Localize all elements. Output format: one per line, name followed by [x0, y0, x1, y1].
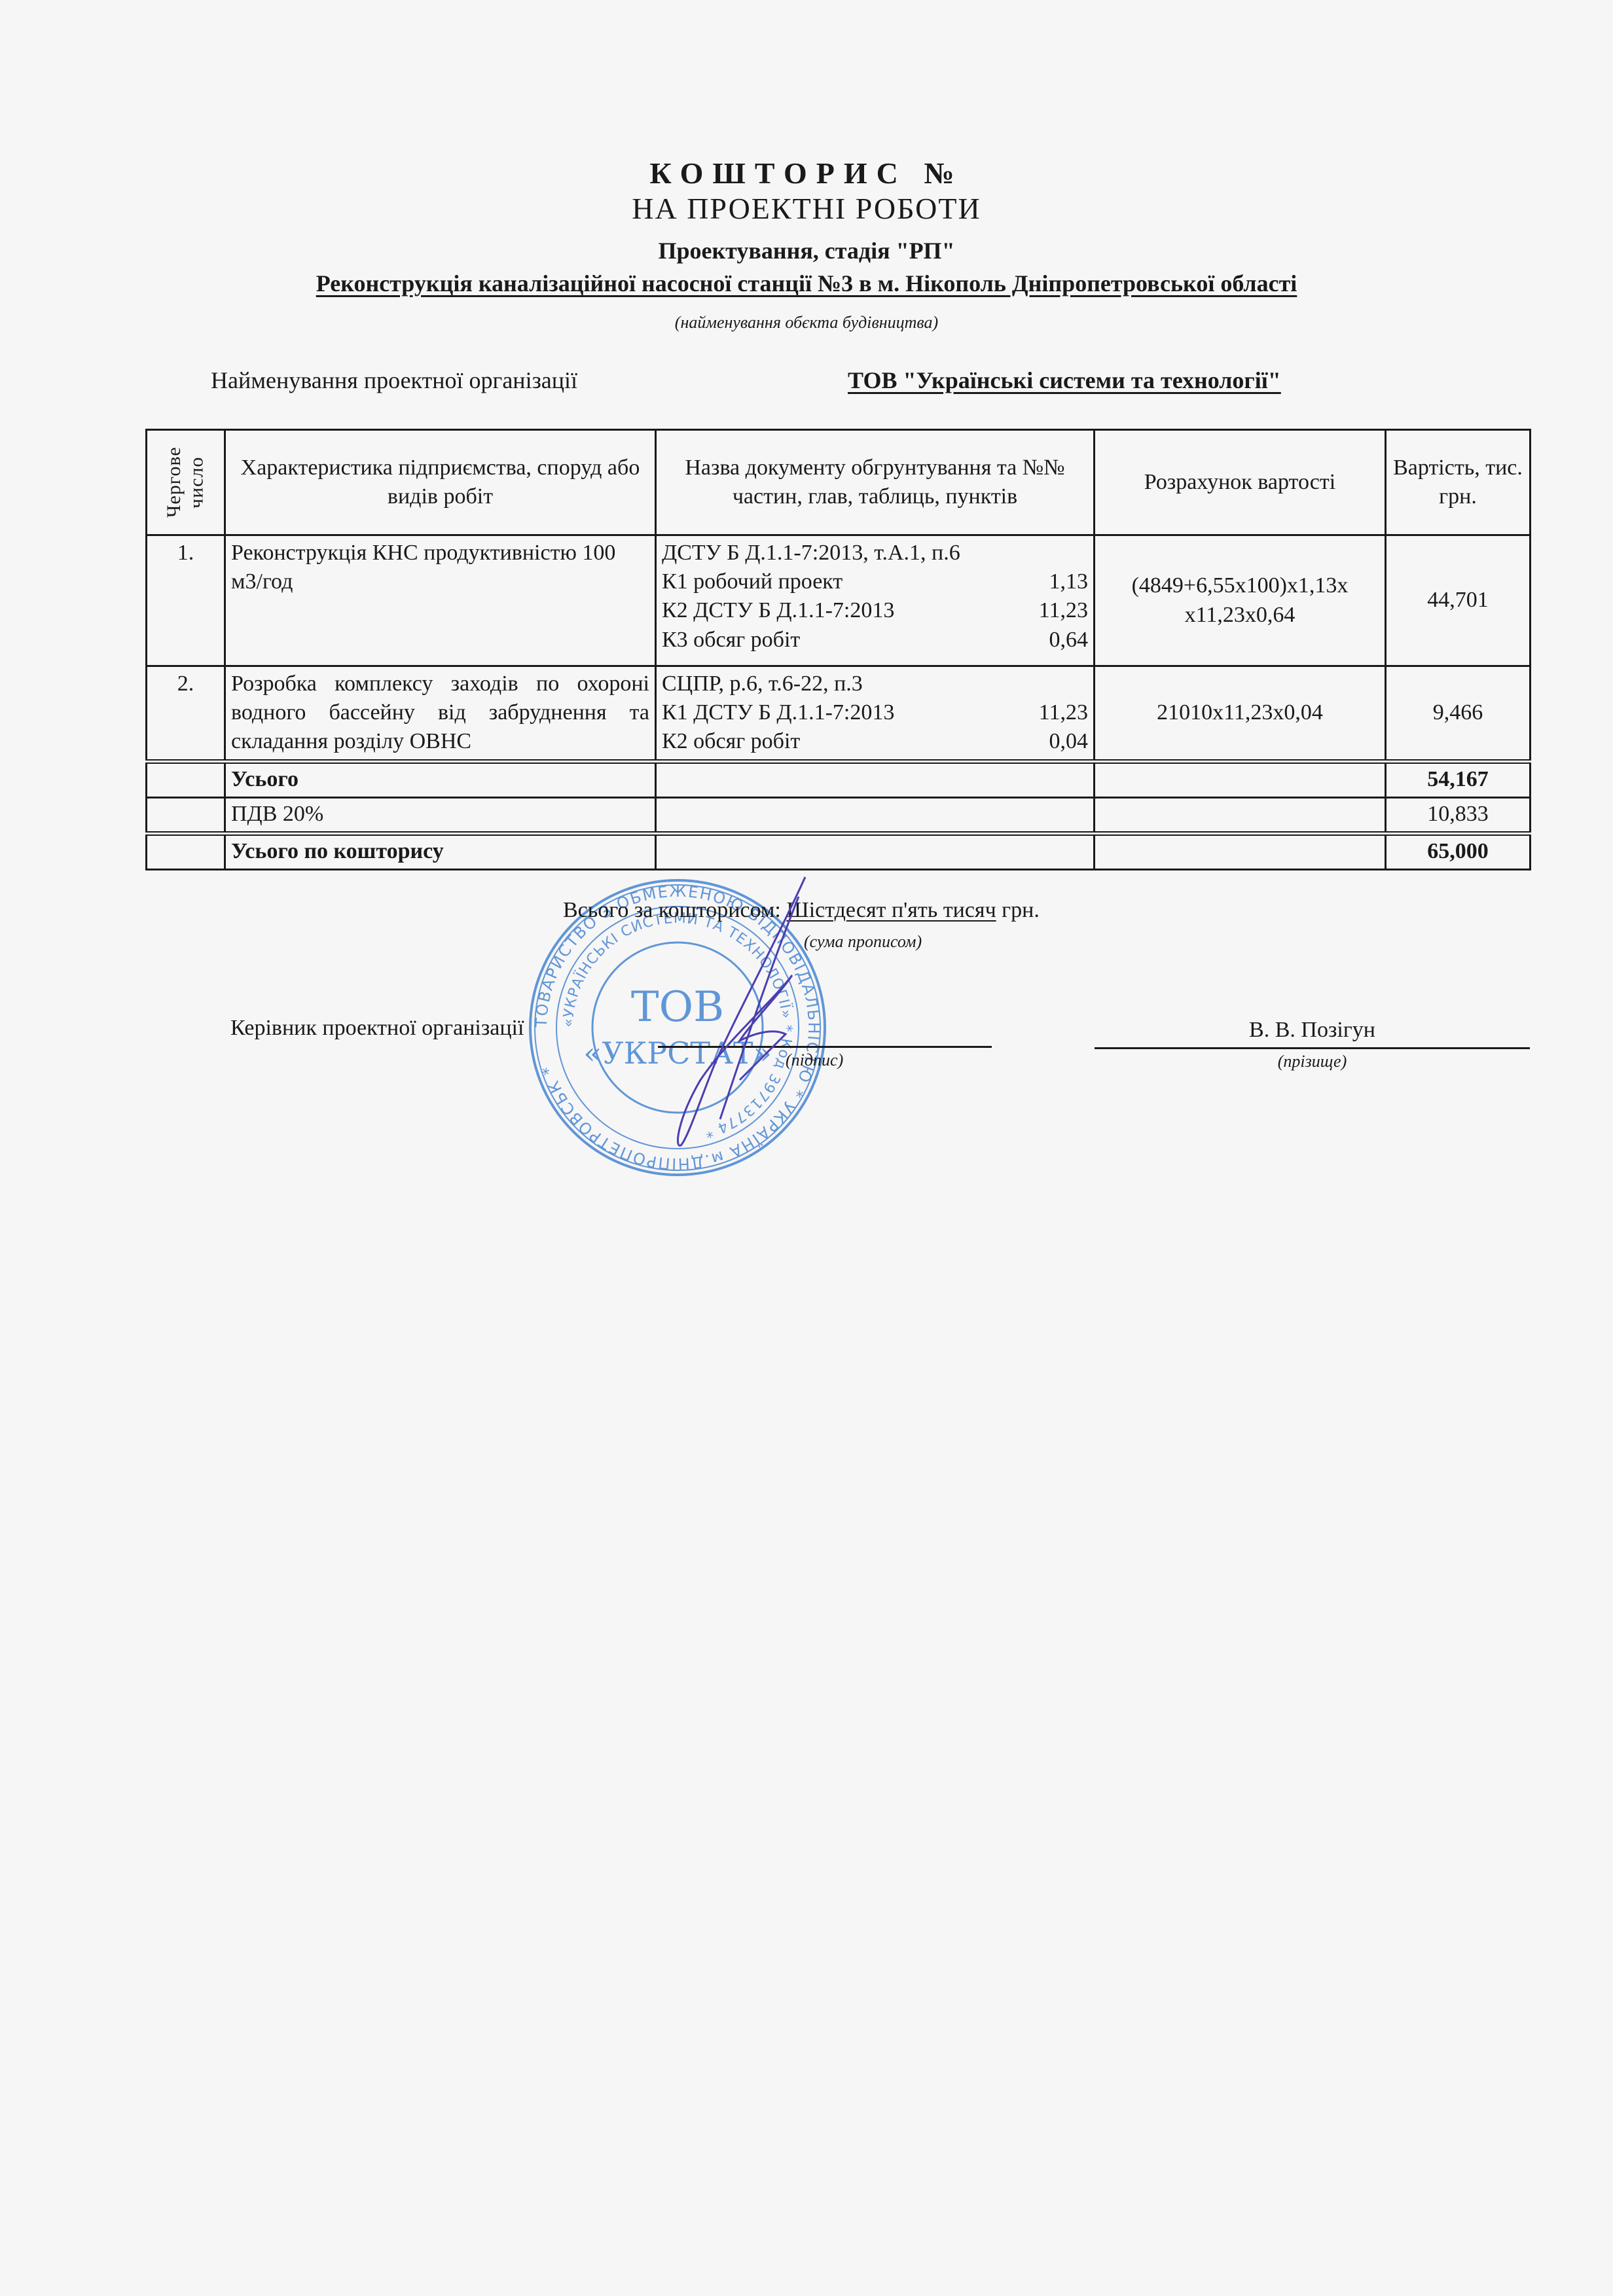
row-calculation: 21010х11,23х0,04 — [1095, 666, 1386, 762]
empty-cell — [656, 833, 1095, 869]
header-characteristic: Характеристика підприємства, споруд або … — [225, 430, 656, 535]
calc-line: (4849+6,55х100)х1,13х — [1100, 571, 1379, 600]
object-name: Реконструкція каналізаційної насосної ст… — [0, 270, 1613, 297]
object-name-text: Реконструкція каналізаційної насосної ст… — [316, 270, 1297, 296]
name-line — [1095, 1047, 1530, 1049]
header-document: Назва документу обгрунтування та №№ част… — [656, 430, 1095, 535]
head-name: В. В. Позігун — [1095, 1018, 1530, 1043]
name-caption: (прізище) — [1095, 1052, 1530, 1071]
coef-value: 0,04 — [1049, 727, 1089, 756]
vat-label: ПДВ 20% — [225, 797, 656, 833]
row-document: СЦПР, р.6, т.6-22, п.3 К1 ДСТУ Б Д.1.1-7… — [656, 666, 1095, 762]
coef-label: К2 ДСТУ Б Д.1.1-7:2013 — [662, 596, 894, 625]
coef-value: 11,23 — [1039, 596, 1088, 625]
table-row: 1. Реконструкція КНС продуктивністю 100 … — [147, 535, 1531, 666]
sum-caption: (сума прописом) — [804, 932, 922, 952]
empty-cell — [656, 761, 1095, 797]
object-caption: (найменування обєкта будівництва) — [0, 313, 1613, 332]
head-label: Керівник проектної організації — [230, 1016, 524, 1041]
empty-cell — [656, 797, 1095, 833]
table-row: 2. Розробка комплексу заходів по охороні… — [147, 666, 1531, 762]
signature-icon — [642, 870, 812, 1152]
table-header: Чергове число Характеристика підприємств… — [147, 430, 1531, 535]
coef-label: К2 обсяг робіт — [662, 727, 800, 756]
empty-cell — [147, 833, 225, 869]
coef-label: К1 робочий проект — [662, 567, 843, 596]
coef-label: К1 ДСТУ Б Д.1.1-7:2013 — [662, 698, 894, 727]
total-row: Усього 54,167 — [147, 761, 1531, 797]
coefficient: К1 робочий проект1,13 — [662, 567, 1088, 596]
row-cost: 44,701 — [1386, 535, 1531, 666]
header-cost: Вартість, тис. грн. — [1386, 430, 1531, 535]
vat-value: 10,833 — [1386, 797, 1531, 833]
empty-cell — [1095, 761, 1386, 797]
row-document: ДСТУ Б Д.1.1-7:2013, т.А.1, п.6 К1 робоч… — [656, 535, 1095, 666]
row-characteristic: Розробка комплексу заходів по охороні во… — [225, 666, 656, 762]
sum-currency: грн. — [1002, 898, 1040, 922]
sum-words: Шістдесят п'ять тисяч — [786, 898, 996, 922]
total-value: 54,167 — [1386, 761, 1531, 797]
org-label: Найменування проектної організації — [211, 367, 577, 394]
row-number: 1. — [147, 535, 225, 666]
grand-total-value: 65,000 — [1386, 833, 1531, 869]
calc-line: х11,23х0,64 — [1100, 601, 1379, 630]
document-title: КОШТОРИС № — [0, 156, 1613, 190]
vat-row: ПДВ 20% 10,833 — [147, 797, 1531, 833]
empty-cell — [1095, 833, 1386, 869]
total-label: Усього — [225, 761, 656, 797]
doc-title: ДСТУ Б Д.1.1-7:2013, т.А.1, п.6 — [662, 539, 1088, 567]
header-number-text: Чергове число — [163, 433, 208, 531]
header-number: Чергове число — [147, 430, 225, 535]
row-cost: 9,466 — [1386, 666, 1531, 762]
coefficient: К3 обсяг робіт0,64 — [662, 626, 1088, 655]
row-number: 2. — [147, 666, 225, 762]
coef-value: 11,23 — [1039, 698, 1088, 727]
row-characteristic: Реконструкція КНС продуктивністю 100 м3/… — [225, 535, 656, 666]
design-stage: Проектування, стадія "РП" — [0, 237, 1613, 264]
document-subtitle: НА ПРОЕКТНІ РОБОТИ — [0, 191, 1613, 226]
empty-cell — [147, 797, 225, 833]
org-name: ТОВ "Українські системи та технології" — [848, 367, 1281, 394]
grand-total-row: Усього по кошторису 65,000 — [147, 833, 1531, 869]
row-calculation: (4849+6,55х100)х1,13х х11,23х0,64 — [1095, 535, 1386, 666]
empty-cell — [1095, 797, 1386, 833]
coef-value: 1,13 — [1049, 567, 1089, 596]
coefficient: К2 ДСТУ Б Д.1.1-7:201311,23 — [662, 596, 1088, 625]
calc-line: 21010х11,23х0,04 — [1100, 698, 1379, 727]
coefficient: К1 ДСТУ Б Д.1.1-7:201311,23 — [662, 698, 1088, 727]
empty-cell — [147, 761, 225, 797]
grand-total-label: Усього по кошторису — [225, 833, 656, 869]
coef-label: К3 обсяг робіт — [662, 626, 800, 655]
header-calculation: Розрахунок вартості — [1095, 430, 1386, 535]
coefficient: К2 обсяг робіт0,04 — [662, 727, 1088, 756]
doc-title: СЦПР, р.6, т.6-22, п.3 — [662, 670, 1088, 698]
estimate-table: Чергове число Характеристика підприємств… — [145, 429, 1531, 870]
coef-value: 0,64 — [1049, 626, 1089, 655]
